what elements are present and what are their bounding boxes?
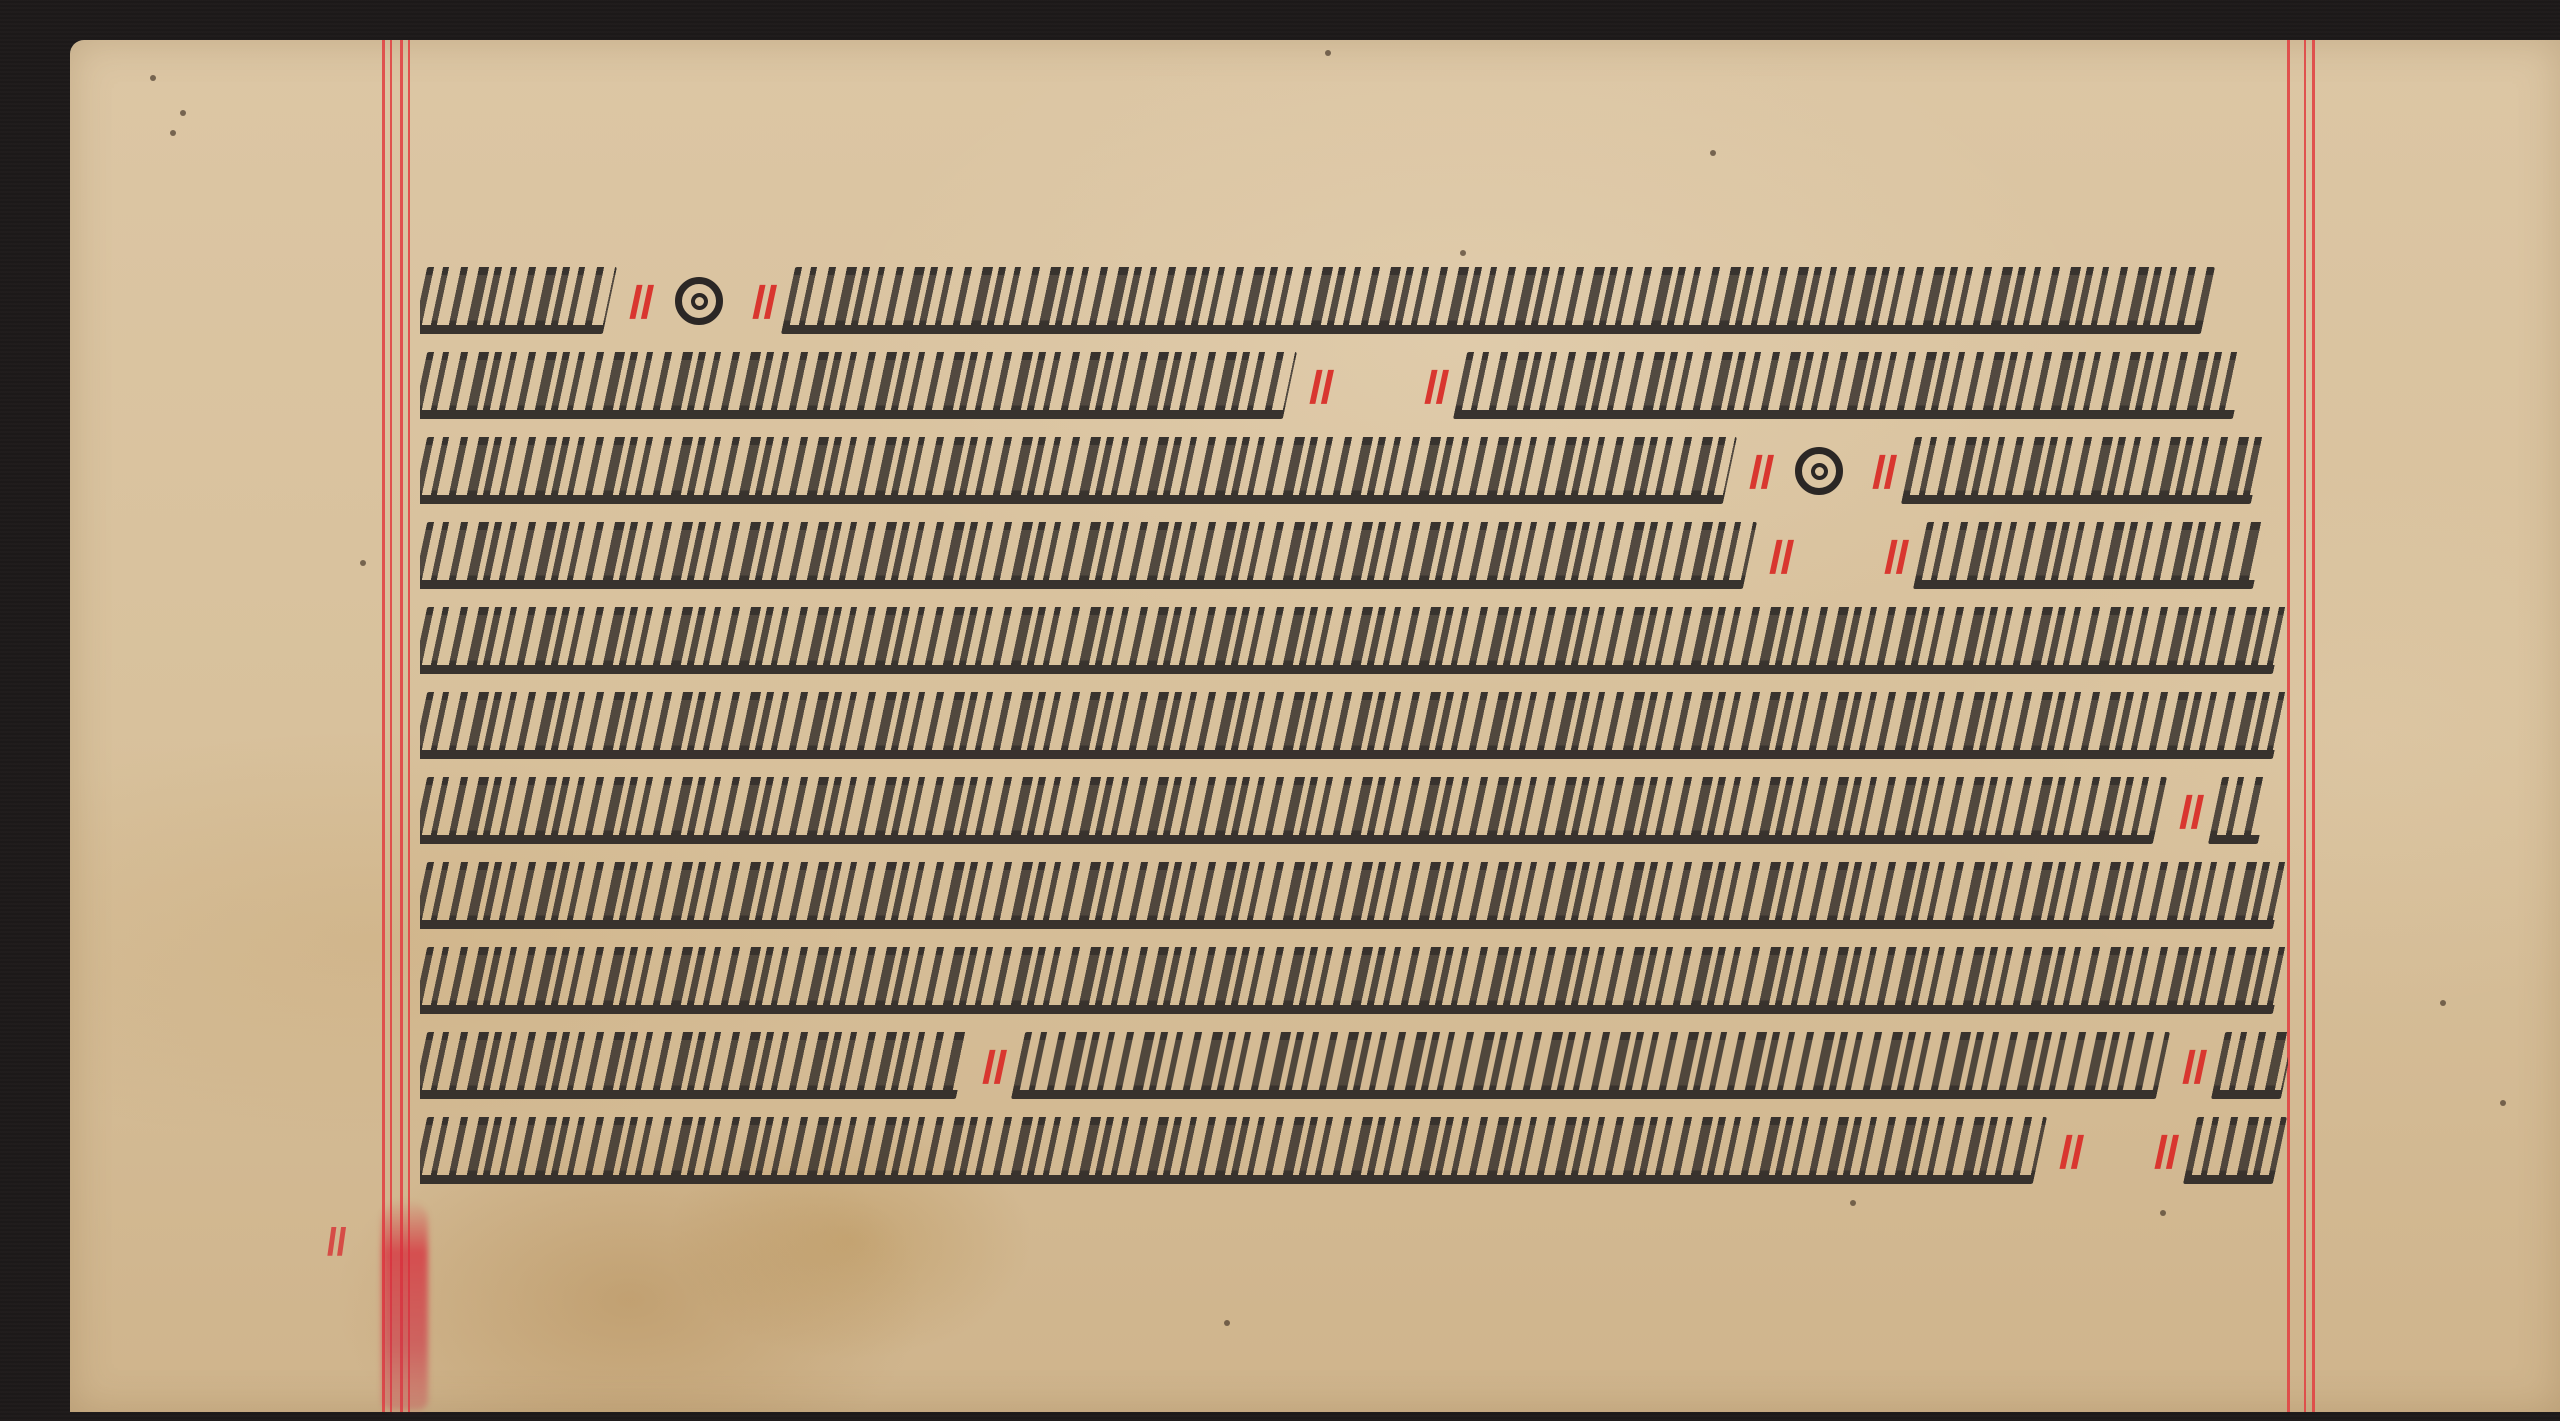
red-double-danda: ॥ [1413, 356, 1453, 416]
manuscript-text-block: ॥॥॥॥॥॥॥॥॥॥॥॥॥ [420, 258, 2288, 1193]
red-double-danda: ॥ [1738, 441, 1778, 501]
red-double-danda: ॥ [1861, 441, 1901, 501]
red-double-danda: ॥ [2048, 1121, 2088, 1181]
script-glyph-run [2208, 777, 2272, 844]
script-glyph-run [2211, 1032, 2288, 1099]
script-glyph-run [420, 1032, 970, 1099]
paper-speck [1850, 1200, 1856, 1206]
manuscript-line: ॥॥ [420, 1023, 2288, 1108]
paper-speck [180, 110, 186, 116]
manuscript-line: ॥॥ [420, 258, 2288, 343]
red-double-danda: ॥ [1298, 356, 1338, 416]
script-glyph-run [420, 437, 1737, 504]
script-glyph-run [2183, 1117, 2287, 1184]
red-rule-line [382, 40, 385, 1412]
script-glyph-run [1453, 352, 2247, 419]
manuscript-line: ॥॥ [420, 343, 2288, 428]
paper-speck [1460, 250, 1466, 256]
red-double-danda: ॥ [2143, 1121, 2183, 1181]
paper-speck [1224, 1320, 1230, 1326]
manuscript-line [420, 598, 2288, 683]
red-rule-line [2304, 40, 2306, 1412]
script-glyph-run [420, 947, 2287, 1014]
red-ink-stain [382, 1200, 428, 1410]
script-glyph-run [420, 607, 2287, 674]
script-glyph-run [420, 777, 2167, 844]
red-double-danda: ॥ [1758, 526, 1798, 586]
paper-speck [2160, 1210, 2166, 1216]
script-glyph-run [781, 267, 2215, 334]
paper-speck [2500, 1100, 2506, 1106]
red-double-danda: ॥ [741, 271, 781, 331]
paper-speck [1325, 50, 1331, 56]
script-glyph-run [420, 522, 1757, 589]
script-glyph-run [1901, 437, 2265, 504]
manuscript-line: ॥॥ [420, 428, 2288, 513]
red-rule-line [2312, 40, 2315, 1412]
script-glyph-run [1011, 1032, 2170, 1099]
manuscript-line: ॥॥ [420, 1108, 2288, 1193]
manuscript-line [420, 853, 2288, 938]
red-double-danda: ॥ [970, 1036, 1010, 1096]
script-glyph-run [420, 692, 2287, 759]
red-double-danda: ॥ [1873, 526, 1913, 586]
paper-speck [170, 130, 176, 136]
manuscript-line: ॥॥ [420, 513, 2288, 598]
script-glyph-run [420, 862, 2287, 929]
manuscript-line [420, 683, 2288, 768]
manuscript-line: ॥ [420, 768, 2288, 853]
paper-speck [2440, 1000, 2446, 1006]
script-glyph-run [1913, 522, 2267, 589]
red-double-danda: ॥ [2171, 1036, 2211, 1096]
paper-speck [1710, 150, 1716, 156]
script-glyph-run [420, 352, 1297, 419]
manuscript-line [420, 938, 2288, 1023]
red-double-danda: ॥ [2168, 781, 2208, 841]
flower-ornament-icon [1795, 447, 1843, 495]
script-glyph-run [420, 267, 617, 334]
script-glyph-run [420, 1117, 2047, 1184]
paper-speck [150, 75, 156, 81]
flower-ornament-icon [675, 277, 723, 325]
red-double-danda: ॥ [618, 271, 658, 331]
paper-speck [360, 560, 366, 566]
